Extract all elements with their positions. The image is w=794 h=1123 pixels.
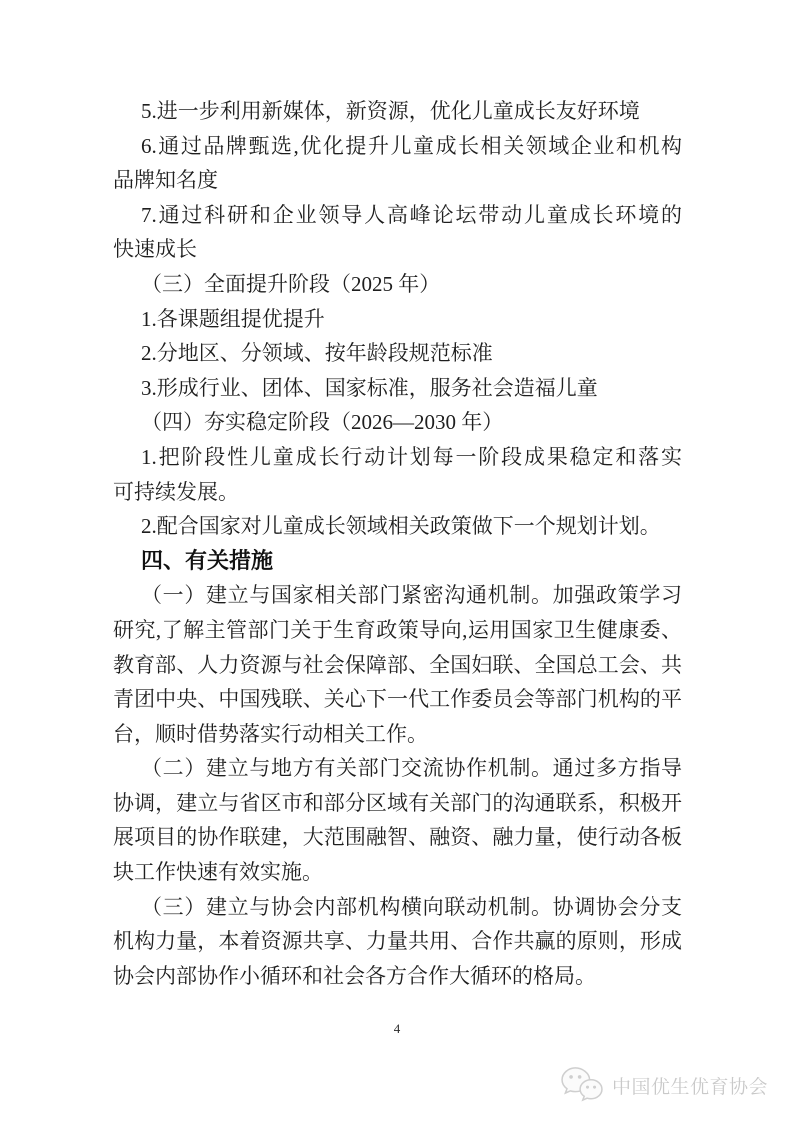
paragraph: 2.分地区、分领域、按年龄段规范标准 (113, 336, 682, 371)
text-line: 协会内部协作小循环和社会各方合作大循环的格局。 (113, 959, 682, 994)
text-line: 2.配合国家对儿童成长领域相关政策做下一个规划计划。 (113, 509, 682, 544)
text-line: 6.通过品牌甄选,优化提升儿童成长相关领域企业和机构 (113, 129, 682, 164)
text-line: 四、有关措施 (113, 544, 682, 579)
paragraph: （三）建立与协会内部机构横向联动机制。协调协会分支机构力量，本着资源共享、力量共… (113, 890, 682, 994)
text-line: （一）建立与国家相关部门紧密沟通机制。加强政策学习 (113, 578, 682, 613)
text-line: 1.各课题组提优提升 (113, 302, 682, 337)
paragraph: 7.通过科研和企业领导人高峰论坛带动儿童成长环境的快速成长 (113, 198, 682, 267)
paragraph: 3.形成行业、团体、国家标准，服务社会造福儿童 (113, 371, 682, 406)
footer-watermark: 中国优生优育协会 (559, 1066, 768, 1104)
page-number: 4 (0, 1021, 794, 1037)
document-page: 5.进一步利用新媒体，新资源，优化儿童成长友好环境6.通过品牌甄选,优化提升儿童… (0, 0, 794, 1123)
text-line: 机构力量，本着资源共享、力量共用、合作共赢的原则，形成 (113, 924, 682, 959)
text-line: （四）夯实稳定阶段（2026—2030 年） (113, 405, 682, 440)
text-line: 2.分地区、分领域、按年龄段规范标准 (113, 336, 682, 371)
paragraph: 1.各课题组提优提升 (113, 302, 682, 337)
text-line: 展项目的协作联建，大范围融智、融资、融力量，使行动各板 (113, 820, 682, 855)
text-line: 品牌知名度 (113, 163, 682, 198)
paragraph: （三）全面提升阶段（2025 年） (113, 267, 682, 302)
paragraph: 2.配合国家对儿童成长领域相关政策做下一个规划计划。 (113, 509, 682, 544)
text-line: 块工作快速有效实施。 (113, 855, 682, 890)
section-heading: 四、有关措施 (113, 544, 682, 579)
text-line: （三）全面提升阶段（2025 年） (113, 267, 682, 302)
text-line: 可持续发展。 (113, 475, 682, 510)
text-line: 1.把阶段性儿童成长行动计划每一阶段成果稳定和落实 (113, 440, 682, 475)
text-line: 3.形成行业、团体、国家标准，服务社会造福儿童 (113, 371, 682, 406)
text-line: （二）建立与地方有关部门交流协作机制。通过多方指导 (113, 751, 682, 786)
text-line: 教育部、人力资源与社会保障部、全国妇联、全国总工会、共 (113, 648, 682, 683)
text-line: 快速成长 (113, 232, 682, 267)
wechat-icon (559, 1066, 605, 1104)
text-line: 5.进一步利用新媒体，新资源，优化儿童成长友好环境 (113, 94, 682, 129)
paragraph: （二）建立与地方有关部门交流协作机制。通过多方指导协调，建立与省区市和部分区域有… (113, 751, 682, 889)
paragraph: 5.进一步利用新媒体，新资源，优化儿童成长友好环境 (113, 94, 682, 129)
text-line: 7.通过科研和企业领导人高峰论坛带动儿童成长环境的 (113, 198, 682, 233)
paragraph: 1.把阶段性儿童成长行动计划每一阶段成果稳定和落实可持续发展。 (113, 440, 682, 509)
text-line: 协调，建立与省区市和部分区域有关部门的沟通联系，积极开 (113, 786, 682, 821)
text-line: 青团中央、中国残联、关心下一代工作委员会等部门机构的平 (113, 682, 682, 717)
text-line: （三）建立与协会内部机构横向联动机制。协调协会分支 (113, 890, 682, 925)
paragraph: （一）建立与国家相关部门紧密沟通机制。加强政策学习研究,了解主管部门关于生育政策… (113, 578, 682, 751)
text-line: 台，顺时借势落实行动相关工作。 (113, 717, 682, 752)
text-line: 研究,了解主管部门关于生育政策导向,运用国家卫生健康委、 (113, 613, 682, 648)
document-text: 5.进一步利用新媒体，新资源，优化儿童成长友好环境6.通过品牌甄选,优化提升儿童… (113, 94, 682, 993)
footer-brand-text: 中国优生优育协会 (612, 1072, 768, 1099)
paragraph: 6.通过品牌甄选,优化提升儿童成长相关领域企业和机构品牌知名度 (113, 129, 682, 198)
paragraph: （四）夯实稳定阶段（2026—2030 年） (113, 405, 682, 440)
